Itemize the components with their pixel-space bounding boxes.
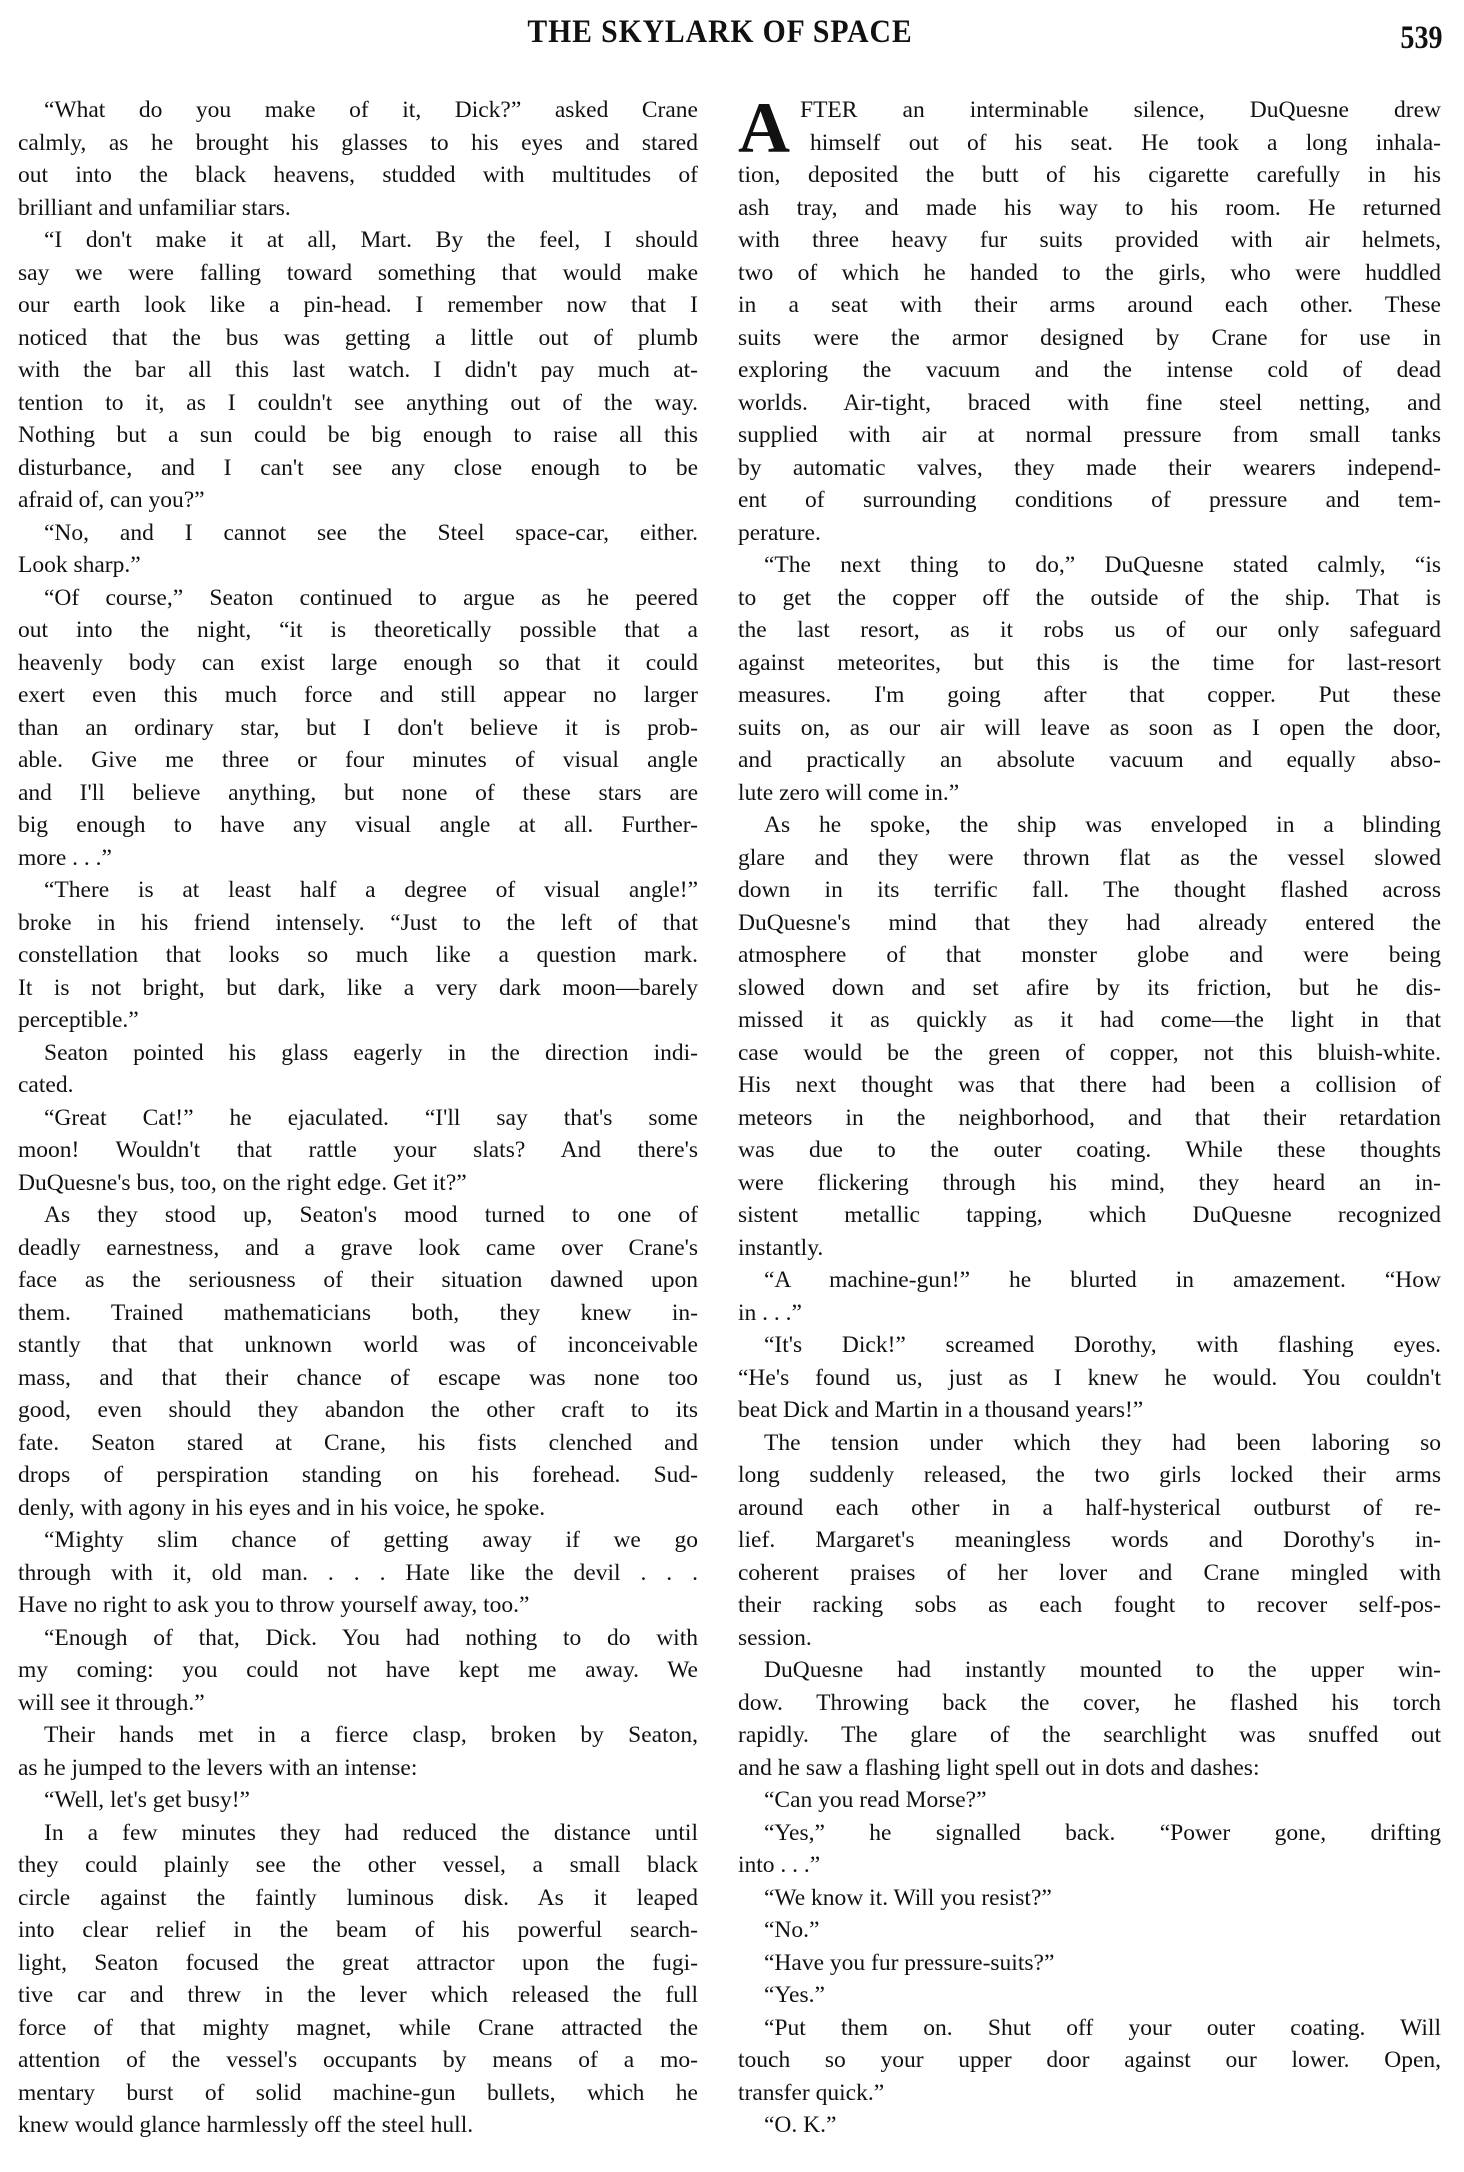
text-line: tive car and threw in the lever which re… (18, 1979, 698, 2012)
text-line: glare and they were thrown flat as the v… (738, 842, 1441, 875)
text-line: “The next thing to do,” DuQuesne stated … (738, 549, 1441, 582)
text-line: tention to it, as I couldn't see anythin… (18, 387, 698, 420)
text-line: case would be the green of copper, not t… (738, 1037, 1441, 1070)
text-line: atmosphere of that monster globe and wer… (738, 939, 1441, 972)
text-line: DuQuesne had instantly mounted to the up… (738, 1654, 1441, 1687)
text-line: FTER an interminable silence, DuQuesne d… (738, 94, 1441, 127)
page-number: 539 (1400, 20, 1442, 57)
text-line: was due to the outer coating. While thes… (738, 1134, 1441, 1167)
text-line: out into the black heavens, studded with… (18, 159, 698, 192)
text-line: calmly, as he brought his glasses to his… (18, 127, 698, 160)
text-line: around each other in a half-hysterical o… (738, 1492, 1441, 1525)
text-line: they could plainly see the other vessel,… (18, 1849, 698, 1882)
text-line: rapidly. The glare of the searchlight wa… (738, 1719, 1441, 1752)
drop-cap: A (738, 98, 790, 158)
text-line: “Great Cat!” he ejaculated. “I'll say th… (18, 1102, 698, 1135)
text-line: “What do you make of it, Dick?” asked Cr… (18, 94, 698, 127)
text-line: measures. I'm going after that copper. P… (738, 679, 1441, 712)
text-line: my coming: you could not have kept me aw… (18, 1654, 698, 1687)
text-line: “He's found us, just as I knew he would.… (738, 1362, 1441, 1395)
text-line: in a seat with their arms around each ot… (738, 289, 1441, 322)
text-line: our earth look like a pin-head. I rememb… (18, 289, 698, 322)
text-line: will see it through.” (18, 1687, 698, 1720)
text-line: as he jumped to the levers with an inten… (18, 1752, 698, 1785)
text-line: “It's Dick!” screamed Dorothy, with flas… (738, 1329, 1441, 1362)
text-line: into clear relief in the beam of his pow… (18, 1914, 698, 1947)
text-line: session. (738, 1622, 1441, 1655)
text-line: were flickering through his mind, they h… (738, 1167, 1441, 1200)
text-line: dow. Throwing back the cover, he flashed… (738, 1687, 1441, 1720)
text-line: “Mighty slim chance of getting away if w… (18, 1524, 698, 1557)
text-line: good, even should they abandon the other… (18, 1394, 698, 1427)
text-line: himself out of his seat. He took a long … (738, 127, 1441, 160)
text-line: attention of the vessel's occupants by m… (18, 2044, 698, 2077)
text-line: able. Give me three or four minutes of v… (18, 744, 698, 777)
right-column: A FTER an interminable silence, DuQuesne… (738, 94, 1441, 2142)
text-line: As they stood up, Seaton's mood turned t… (18, 1199, 698, 1232)
text-line: Seaton pointed his glass eagerly in the … (18, 1037, 698, 1070)
text-line: instantly. (738, 1232, 1441, 1265)
running-title: THE SKYLARK OF SPACE (495, 14, 945, 51)
text-line: lief. Margaret's meaningless words and D… (738, 1524, 1441, 1557)
text-line: afraid of, can you?” (18, 484, 698, 517)
text-line: disturbance, and I can't see any close e… (18, 452, 698, 485)
text-line: coherent praises of her lover and Crane … (738, 1557, 1441, 1590)
text-line: worlds. Air-tight, braced with fine stee… (738, 387, 1441, 420)
text-line: more . . .” (18, 842, 698, 875)
text-line: exploring the vacuum and the intense col… (738, 354, 1441, 387)
text-line: His next thought was that there had been… (738, 1069, 1441, 1102)
text-line: ent of surrounding conditions of pressur… (738, 484, 1441, 517)
text-line: face as the seriousness of their situati… (18, 1264, 698, 1297)
text-line: and practically an absolute vacuum and e… (738, 744, 1441, 777)
text-line: “Enough of that, Dick. You had nothing t… (18, 1622, 698, 1655)
text-line: mentary burst of solid machine-gun bulle… (18, 2077, 698, 2110)
text-line: with three heavy fur suits provided with… (738, 224, 1441, 257)
text-line: deadly earnestness, and a grave look cam… (18, 1232, 698, 1265)
text-line: out into the night, “it is theoretically… (18, 614, 698, 647)
text-line: “No, and I cannot see the Steel space-ca… (18, 517, 698, 550)
text-line: against meteorites, but this is the time… (738, 647, 1441, 680)
text-line: In a few minutes they had reduced the di… (18, 1817, 698, 1850)
text-line: and I'll believe anything, but none of t… (18, 777, 698, 810)
text-line: say we were falling toward something tha… (18, 257, 698, 290)
text-line: As he spoke, the ship was enveloped in a… (738, 809, 1441, 842)
left-column: “What do you make of it, Dick?” asked Cr… (18, 94, 698, 2142)
text-line: “Yes.” (738, 1979, 1441, 2012)
text-line: lute zero will come in.” (738, 777, 1441, 810)
text-line: Nothing but a sun could be big enough to… (18, 419, 698, 452)
text-line: into . . .” (738, 1849, 1441, 1882)
text-line: to get the copper off the outside of the… (738, 582, 1441, 615)
text-line: in . . .” (738, 1297, 1441, 1330)
text-line: “O. K.” (738, 2109, 1441, 2142)
text-line: slowed down and set afire by its frictio… (738, 972, 1441, 1005)
text-line: noticed that the bus was getting a littl… (18, 322, 698, 355)
text-line: big enough to have any visual angle at a… (18, 809, 698, 842)
text-line: Look sharp.” (18, 549, 698, 582)
text-line: denly, with agony in his eyes and in his… (18, 1492, 698, 1525)
text-line: missed it as quickly as it had come—the … (738, 1004, 1441, 1037)
text-line: long suddenly released, the two girls lo… (738, 1459, 1441, 1492)
text-line: broke in his friend intensely. “Just to … (18, 907, 698, 940)
text-line: drops of perspiration standing on his fo… (18, 1459, 698, 1492)
text-line: exert even this much force and still app… (18, 679, 698, 712)
text-line: two of which he handed to the girls, who… (738, 257, 1441, 290)
text-line: moon! Wouldn't that rattle your slats? A… (18, 1134, 698, 1167)
text-line: sistent metallic tapping, which DuQuesne… (738, 1199, 1441, 1232)
text-line: “Well, let's get busy!” (18, 1784, 698, 1817)
text-line: “I don't make it at all, Mart. By the fe… (18, 224, 698, 257)
text-line: “We know it. Will you resist?” (738, 1882, 1441, 1915)
text-line: It is not bright, but dark, like a very … (18, 972, 698, 1005)
text-line: brilliant and unfamiliar stars. (18, 192, 698, 225)
text-line: DuQuesne's mind that they had already en… (738, 907, 1441, 940)
text-line: supplied with air at normal pressure fro… (738, 419, 1441, 452)
text-line: transfer quick.” (738, 2077, 1441, 2110)
text-line: The tension under which they had been la… (738, 1427, 1441, 1460)
text-line: cated. (18, 1069, 698, 1102)
text-line: them. Trained mathematicians both, they … (18, 1297, 698, 1330)
text-line: force of that mighty magnet, while Crane… (18, 2012, 698, 2045)
text-line: “Have you fur pressure-suits?” (738, 1947, 1441, 1980)
text-line: beat Dick and Martin in a thousand years… (738, 1394, 1441, 1427)
text-line: down in its terrific fall. The thought f… (738, 874, 1441, 907)
text-line: tion, deposited the butt of his cigarett… (738, 159, 1441, 192)
text-line: meteors in the neighborhood, and that th… (738, 1102, 1441, 1135)
text-line: “A machine-gun!” he blurted in amazement… (738, 1264, 1441, 1297)
text-line: “Can you read Morse?” (738, 1784, 1441, 1817)
text-line: and he saw a flashing light spell out in… (738, 1752, 1441, 1785)
text-line: suits were the armor designed by Crane f… (738, 322, 1441, 355)
text-line: their racking sobs as each fought to rec… (738, 1589, 1441, 1622)
text-line: Their hands met in a fierce clasp, broke… (18, 1719, 698, 1752)
text-line: light, Seaton focused the great attracto… (18, 1947, 698, 1980)
text-line: heavenly body can exist large enough so … (18, 647, 698, 680)
text-line: “Put them on. Shut off your outer coatin… (738, 2012, 1441, 2045)
text-line: fate. Seaton stared at Crane, his fists … (18, 1427, 698, 1460)
text-line: touch so your upper door against our low… (738, 2044, 1441, 2077)
text-line: Have no right to ask you to throw yourse… (18, 1589, 698, 1622)
text-line: “There is at least half a degree of visu… (18, 874, 698, 907)
text-line: knew would glance harmlessly off the ste… (18, 2109, 698, 2142)
text-line: stantly that that unknown world was of i… (18, 1329, 698, 1362)
text-line: through with it, old man. . . . Hate lik… (18, 1557, 698, 1590)
text-line: than an ordinary star, but I don't belie… (18, 712, 698, 745)
text-line: by automatic valves, they made their wea… (738, 452, 1441, 485)
text-line: suits on, as our air will leave as soon … (738, 712, 1441, 745)
text-line: mass, and that their chance of escape wa… (18, 1362, 698, 1395)
text-line: perceptible.” (18, 1004, 698, 1037)
text-line: perature. (738, 517, 1441, 550)
text-line: ash tray, and made his way to his room. … (738, 192, 1441, 225)
text-line: DuQuesne's bus, too, on the right edge. … (18, 1167, 698, 1200)
running-head: THE SKYLARK OF SPACE 539 (0, 14, 1464, 62)
text-line: “Of course,” Seaton continued to argue a… (18, 582, 698, 615)
text-line: “No.” (738, 1914, 1441, 1947)
text-line: constellation that looks so much like a … (18, 939, 698, 972)
text-line: the last resort, as it robs us of our on… (738, 614, 1441, 647)
text-line: circle against the faintly luminous disk… (18, 1882, 698, 1915)
text-line: “Yes,” he signalled back. “Power gone, d… (738, 1817, 1441, 1850)
text-line: with the bar all this last watch. I didn… (18, 354, 698, 387)
